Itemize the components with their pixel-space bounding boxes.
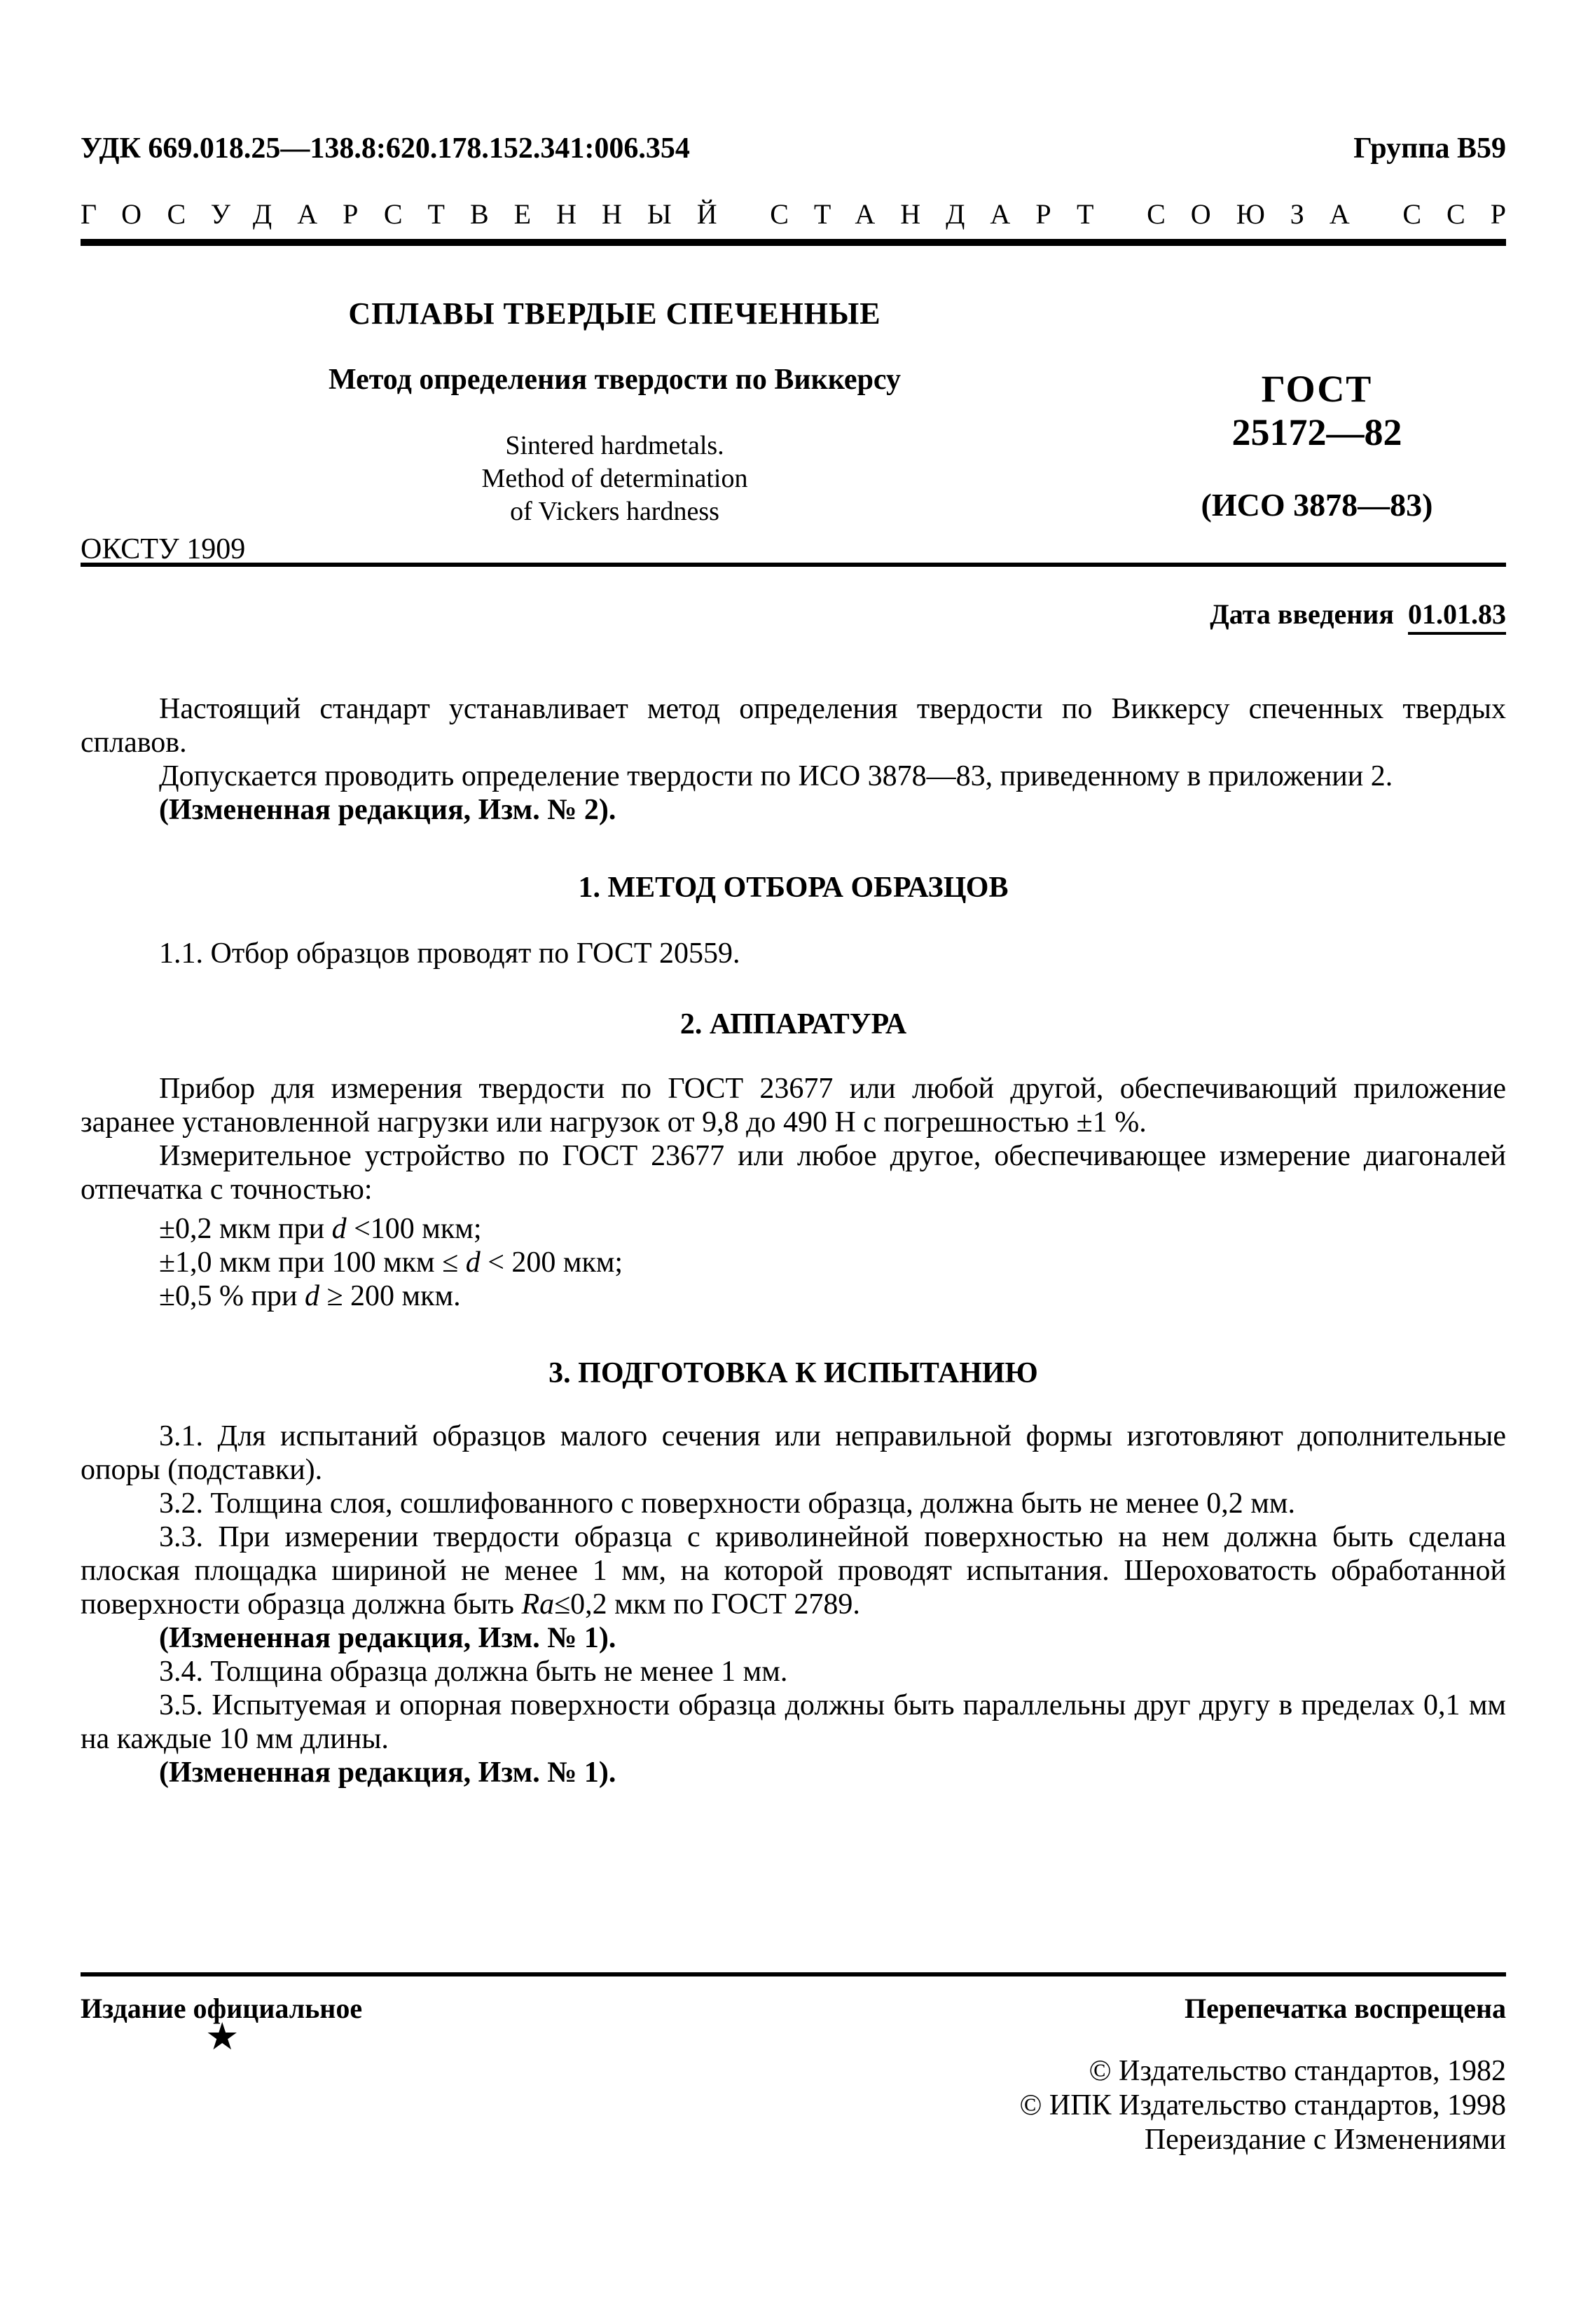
- tolerance-text: ±1,0 мкм при 100 мкм ≤: [159, 1246, 466, 1279]
- tolerance-text: <100 мкм;: [347, 1213, 482, 1245]
- section-3-heading: 3. ПОДГОТОВКА К ИСПЫТАНИЮ: [81, 1356, 1506, 1390]
- org-title-word: СОЮЗА: [1147, 198, 1375, 231]
- intro-section: Настоящий стандарт устанавливает метод о…: [81, 692, 1506, 827]
- org-title-word: ССР: [1402, 198, 1531, 231]
- doc-subtitle: Метод определения твердости по Виккерсу: [81, 363, 1149, 397]
- reissue-note: Переиздание с Изменениями: [81, 2123, 1506, 2157]
- footer-row: Издание официальное Перепечатка воспреще…: [81, 1992, 1506, 2025]
- tolerance-text: ±0,5 % при: [159, 1280, 305, 1312]
- date-label: Дата введения: [1210, 598, 1394, 630]
- page: { "header": { "udk": "УДК 669.018.25—138…: [0, 0, 1581, 2324]
- diagonal-symbol: d: [332, 1213, 347, 1245]
- org-title-word: СТАНДАРТ: [770, 198, 1119, 231]
- section-2-paragraph-2: Измерительное устройство по ГОСТ 23677 и…: [81, 1139, 1506, 1206]
- amendment-note: (Измененная редакция, Изм. № 1).: [81, 1756, 1506, 1789]
- clause-3-3-text: ≤0,2 мкм по ГОСТ 2789.: [554, 1588, 860, 1621]
- clause-1-1-text: 1.1. Отбор образцов проводят по ГОСТ 205…: [81, 937, 1506, 970]
- gost-label: ГОСТ: [1184, 367, 1450, 411]
- iso-reference: (ИСО 3878—83): [1184, 486, 1450, 523]
- copyright-block: © Издательство стандартов, 1982 © ИПК Из…: [81, 2054, 1506, 2157]
- tolerance-item: ±0,5 % при d ≥ 200 мкм.: [81, 1279, 1506, 1313]
- tolerance-text: ±0,2 мкм при: [159, 1213, 332, 1245]
- intro-paragraph-2: Допускается проводить определение твердо…: [81, 759, 1506, 793]
- roughness-symbol: Ra: [521, 1588, 554, 1621]
- tolerance-list: ±0,2 мкм при d <100 мкм; ±1,0 мкм при 10…: [81, 1212, 1506, 1313]
- org-title: ГОСУДАРСТВЕННЫЙ СТАНДАРТ СОЮЗА ССР: [81, 198, 1506, 231]
- footer-rule: [81, 1972, 1506, 1976]
- copyright-line-2: © ИПК Издательство стандартов, 1998: [81, 2089, 1506, 2123]
- date-value: 01.01.83: [1408, 598, 1506, 635]
- section-2-body: Прибор для измерения твердости по ГОСТ 2…: [81, 1072, 1506, 1313]
- clause-3-3: 3.3. При измерении твердости образца с к…: [81, 1520, 1506, 1621]
- doc-title: СПЛАВЫ ТВЕРДЫЕ СПЕЧЕННЫЕ: [81, 296, 1149, 331]
- header-rule: [81, 563, 1506, 567]
- clause-3-5: 3.5. Испытуемая и опорная поверхности об…: [81, 1689, 1506, 1756]
- section-1-heading: 1. МЕТОД ОТБОРА ОБРАЗЦОВ: [81, 871, 1506, 905]
- group-code: Группа В59: [1353, 132, 1506, 165]
- effective-date-row: Дата введения 01.01.83: [81, 598, 1506, 631]
- tolerance-text: < 200 мкм;: [481, 1246, 623, 1279]
- top-rule: [81, 239, 1506, 246]
- star-icon: ★: [205, 2018, 239, 2056]
- header-row: УДК 669.018.25—138.8:620.178.152.341:006…: [81, 132, 1506, 165]
- clause-3-2: 3.2. Толщина слоя, сошлифованного с пове…: [81, 1487, 1506, 1520]
- diagonal-symbol: d: [305, 1280, 319, 1312]
- tolerance-item: ±1,0 мкм при 100 мкм ≤ d < 200 мкм;: [81, 1246, 1506, 1279]
- amendment-note: (Измененная редакция, Изм. № 1).: [81, 1621, 1506, 1655]
- doc-subtitle-en-line: Method of determination: [81, 463, 1149, 494]
- clause-3-4: 3.4. Толщина образца должна быть не мене…: [81, 1655, 1506, 1689]
- section-2-heading: 2. АППАРАТУРА: [81, 1008, 1506, 1041]
- tolerance-item: ±0,2 мкм при d <100 мкм;: [81, 1212, 1506, 1246]
- doc-subtitle-en-line: Sintered hardmetals.: [81, 430, 1149, 461]
- org-title-word: ГОСУДАРСТВЕННЫЙ: [81, 198, 743, 231]
- udk-code: УДК 669.018.25—138.8:620.178.152.341:006…: [81, 132, 690, 165]
- copyright-line-1: © Издательство стандартов, 1982: [81, 2054, 1506, 2089]
- section-3-body: 3.1. Для испытаний образцов малого сечен…: [81, 1419, 1506, 1789]
- reprint-prohibited-label: Перепечатка воспрещена: [1185, 1992, 1506, 2025]
- section-2-paragraph-1: Прибор для измерения твердости по ГОСТ 2…: [81, 1072, 1506, 1139]
- clause-1-1: 1.1. Отбор образцов проводят по ГОСТ 205…: [81, 937, 1506, 970]
- intro-paragraph-1: Настоящий стандарт устанавливает метод о…: [81, 692, 1506, 759]
- okstu-code: ОКСТУ 1909: [81, 532, 245, 566]
- doc-subtitle-en-line: of Vickers hardness: [81, 496, 1149, 527]
- tolerance-text: ≥ 200 мкм.: [319, 1280, 461, 1312]
- clause-3-1: 3.1. Для испытаний образцов малого сечен…: [81, 1419, 1506, 1487]
- diagonal-symbol: d: [466, 1246, 481, 1279]
- amendment-note: (Измененная редакция, Изм. № 2).: [81, 793, 1506, 827]
- gost-number: 25172—82: [1184, 411, 1450, 454]
